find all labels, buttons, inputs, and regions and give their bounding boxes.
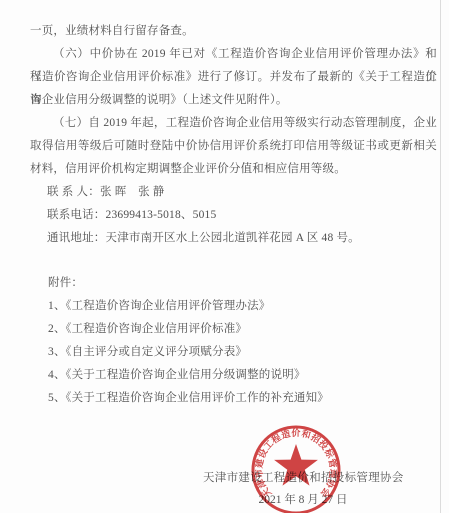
attachments-heading: 附件： [30,272,437,295]
official-seal: 天津市建设工程造价和招投标管理协会 [249,423,343,513]
body-line: 一页，业绩材料自行留存备查。 [30,20,437,43]
official-seal-graphic: 天津市建设工程造价和招投标管理协会 [249,423,343,513]
contact-address-line: 通讯地址：天津市南开区水上公园北道凯祥花园 A 区 48 号。 [30,227,437,250]
contact-person-line: 联 系 人：张 晖 张 静 [30,181,437,204]
contact-phone-line: 联系电话：23699413-5018、5015 [30,204,437,227]
body-line: 程造价咨询企业信用评价标准》进行了修订。并发布了最新的《关于工程造价咨 [30,66,437,89]
body-line: 取得信用等级后可随时登陆中价协信用评价系统打印信用等级证书或更新相关 [30,135,437,158]
document-body: 一页，业绩材料自行留存备查。 （六）中价协在 2019 年已对《工程造价咨询企业… [30,20,437,410]
page-edge-line [440,0,441,513]
body-line: （七）自 2019 年起，工程造价咨询企业信用等级实行动态管理制度，企业 [30,112,437,135]
body-line: 材料，信用评价机构定期调整企业评价分值和相应信用等级。 [30,158,437,181]
attachment-item: 3、《自主评分或自定义评分项赋分表》 [30,341,437,364]
body-line: 询企业信用分级调整的说明》（上述文件见附件）。 [30,89,437,112]
attachment-item: 1、《工程造价咨询企业信用评价管理办法》 [30,295,437,318]
attachment-item: 5、《关于工程造价咨询企业信用评价工作的补充通知》 [30,387,437,410]
attachment-item: 2、《工程造价咨询企业信用评价标准》 [30,318,437,341]
scanned-document-page: { "document": { "lines": [ "一页，业绩材料自行留存备… [0,0,449,513]
star-icon [274,444,318,486]
body-line: （六）中价协在 2019 年已对《工程造价咨询企业信用评价管理办法》和《工 [30,43,437,66]
spacer [30,250,437,272]
attachment-item: 4、《关于工程造价咨询企业信用分级调整的说明》 [30,364,437,387]
